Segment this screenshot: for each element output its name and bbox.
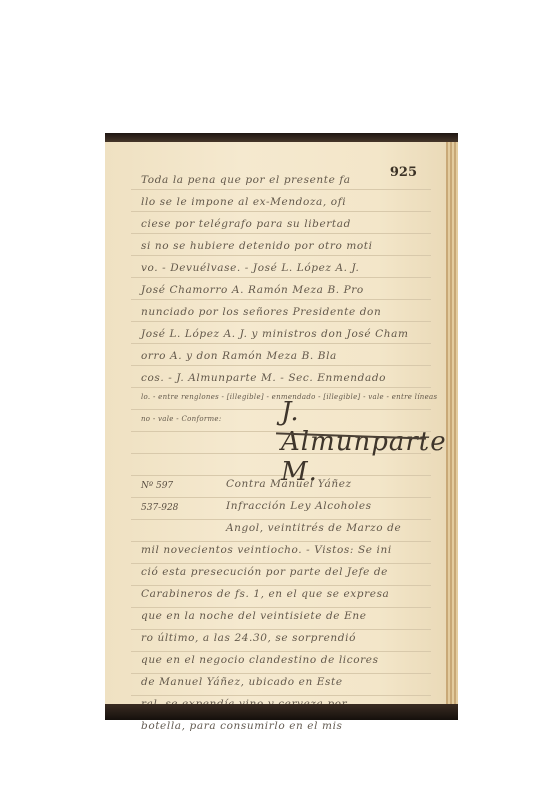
handwritten-line: ciese por telégrafo para su libertad: [141, 218, 441, 230]
rule-line: [131, 585, 431, 586]
handwritten-line: orro A. y don Ramón Meza B. Bla: [141, 350, 441, 362]
margin-entry-number: Nº 597: [141, 481, 173, 491]
rule-line: [131, 211, 431, 212]
handwritten-line: Angol, veintitrés de Marzo de: [226, 522, 526, 534]
handwritten-line: José Chamorro A. Ramón Meza B. Pro: [141, 284, 441, 296]
handwritten-line: si no se hubiere detenido por otro moti: [141, 240, 441, 252]
rule-line: [131, 651, 431, 652]
handwritten-line: que en la noche del veintisiete de Ene: [141, 610, 441, 622]
rule-line: [131, 563, 431, 564]
rule-line: [131, 519, 431, 520]
rule-line: [131, 387, 431, 388]
handwritten-line: cos. - J. Almunparte M. - Sec. Enmendado: [141, 372, 441, 384]
ruled-area: Toda la pena que por el presente fa llo …: [131, 177, 431, 692]
handwritten-line: nunciado por los señores Presidente don: [141, 306, 441, 318]
handwritten-line: José L. López A. J. y ministros don José…: [141, 328, 441, 340]
rule-line: [131, 541, 431, 542]
handwritten-line: Toda la pena que por el presente fa: [141, 174, 441, 186]
page-stack-edge: [446, 142, 458, 712]
handwritten-line: botella, para consumirlo en el mis: [141, 720, 441, 732]
rule-line: [131, 365, 431, 366]
handwritten-line: de Manuel Yáñez, ubicado en Este: [141, 676, 441, 688]
rule-line: [131, 695, 431, 696]
rule-line: [131, 189, 431, 190]
rule-line: [131, 255, 431, 256]
rule-line: [131, 233, 431, 234]
case-subheading: Infracción Ley Alcoholes: [226, 500, 526, 512]
paper-sheet: 925: [105, 142, 447, 707]
rule-line: [131, 629, 431, 630]
rule-line: [131, 343, 431, 344]
handwritten-line: Carabineros de fs. 1, en el que se expre…: [141, 588, 441, 600]
rule-line: [131, 673, 431, 674]
signature: J. Almunparte M.: [281, 397, 447, 487]
rule-line: [131, 321, 431, 322]
margin-reference: 537-928: [141, 503, 178, 513]
handwritten-line: vo. - Devuélvase. - José L. López A. J.: [141, 262, 441, 274]
handwritten-line: llo se le impone al ex-Mendoza, ofi: [141, 196, 441, 208]
rule-line: [131, 299, 431, 300]
rule-line: [131, 607, 431, 608]
case-heading: Contra Manuel Yáñez: [226, 478, 526, 490]
bottom-edge: [105, 704, 458, 720]
rule-line: [131, 497, 431, 498]
handwritten-line: mil novecientos veintiocho. - Vistos: Se…: [141, 544, 441, 556]
handwritten-line: que en el negocio clandestino de licores: [141, 654, 441, 666]
scanned-ledger-page: 925: [105, 133, 458, 720]
handwritten-line: ció esta presecución por parte del Jefe …: [141, 566, 441, 578]
handwritten-line: ro último, a las 24.30, se sorprendió: [141, 632, 441, 644]
rule-line: [131, 277, 431, 278]
